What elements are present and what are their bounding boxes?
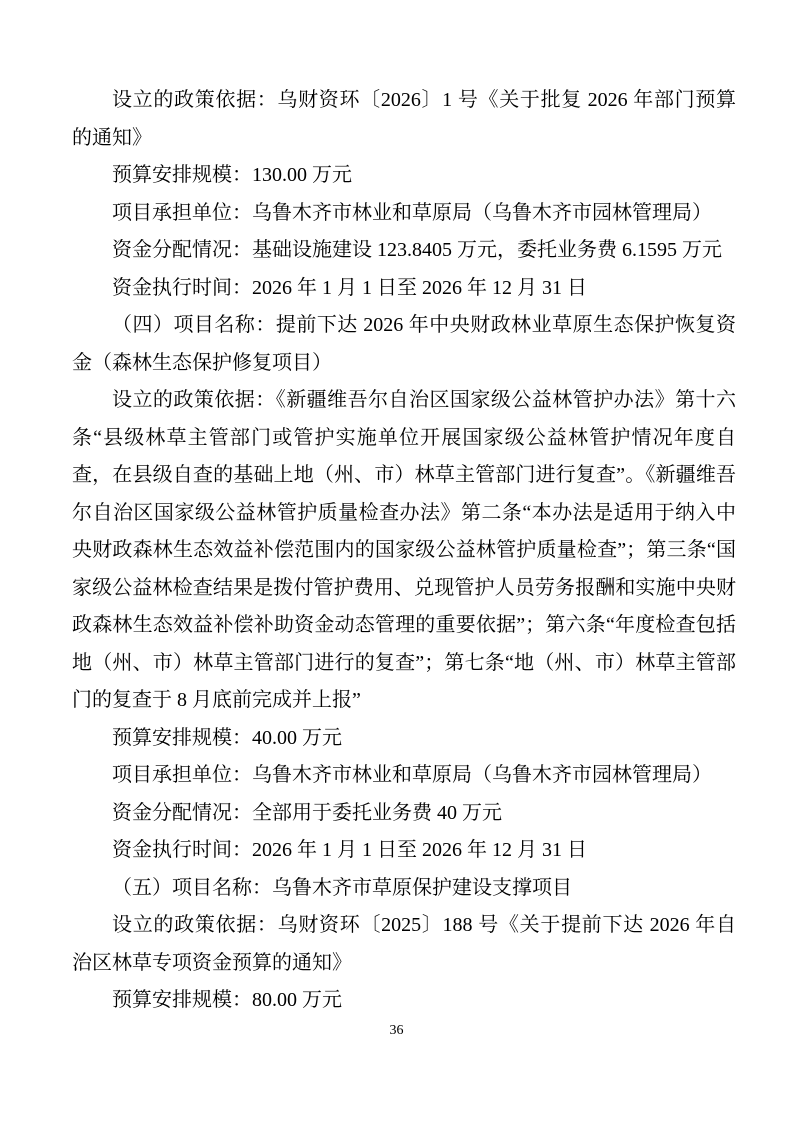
paragraph: 设立的政策依据：《新疆维吾尔自治区国家级公益林管护办法》第十六条“县级林草主管部…	[72, 382, 736, 720]
paragraph: 资金分配情况：基础设施建设 123.8405 万元，委托业务费 6.1595 万…	[72, 232, 736, 270]
paragraph: 资金执行时间：2026 年 1 月 1 日至 2026 年 12 月 31 日	[72, 270, 736, 308]
page-number: 36	[0, 1021, 793, 1041]
paragraph: 资金执行时间：2026 年 1 月 1 日至 2026 年 12 月 31 日	[72, 832, 736, 870]
paragraph: （五）项目名称：乌鲁木齐市草原保护建设支撑项目	[72, 870, 736, 908]
document-body: 设立的政策依据：乌财资环〔2026〕1 号《关于批复 2026 年部门预算的通知…	[72, 82, 736, 1020]
paragraph: 预算安排规模：80.00 万元	[72, 982, 736, 1020]
paragraph: 设立的政策依据：乌财资环〔2026〕1 号《关于批复 2026 年部门预算的通知…	[72, 82, 736, 157]
paragraph: 资金分配情况：全部用于委托业务费 40 万元	[72, 795, 736, 833]
paragraph: 项目承担单位：乌鲁木齐市林业和草原局（乌鲁木齐市园林管理局）	[72, 195, 736, 233]
paragraph: （四）项目名称：提前下达 2026 年中央财政林业草原生态保护恢复资金（森林生态…	[72, 307, 736, 382]
document-page: 设立的政策依据：乌财资环〔2026〕1 号《关于批复 2026 年部门预算的通知…	[0, 0, 793, 1122]
paragraph: 预算安排规模：40.00 万元	[72, 720, 736, 758]
paragraph: 预算安排规模：130.00 万元	[72, 157, 736, 195]
paragraph: 设立的政策依据：乌财资环〔2025〕188 号《关于提前下达 2026 年自治区…	[72, 907, 736, 982]
paragraph: 项目承担单位：乌鲁木齐市林业和草原局（乌鲁木齐市园林管理局）	[72, 757, 736, 795]
